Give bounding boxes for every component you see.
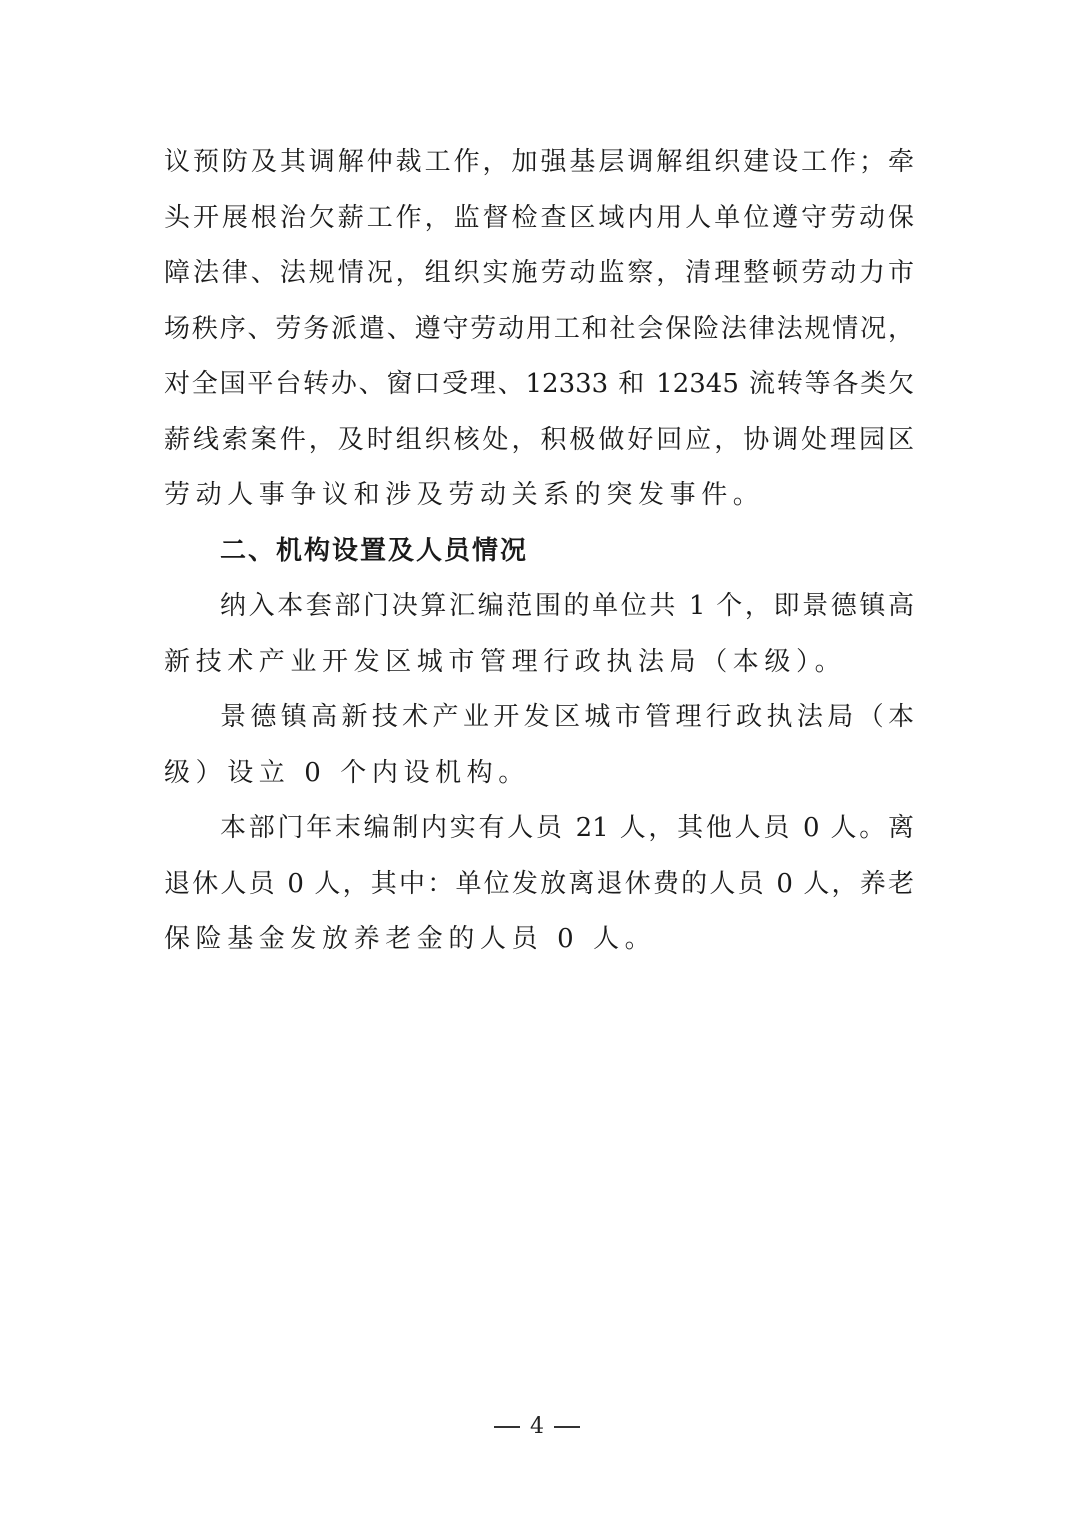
document-page: 议预防及其调解仲裁工作，加强基层调解组织建设工作；牵 头开展根治欠薪工作，监督检…: [0, 0, 1074, 1520]
section-heading: 二、机构设置及人员情况: [164, 524, 914, 580]
paragraph-line: 保险基金发放养老金的人员 0 人。: [164, 912, 914, 968]
dash-right: [554, 1426, 580, 1428]
body-text-line: 场秩序、劳务派遣、遵守劳动用工和社会保险法律法规情况，: [164, 302, 914, 358]
body-text-line: 对全国平台转办、窗口受理、12333 和 12345 流转等各类欠: [164, 357, 914, 413]
paragraph-line: 景德镇高新技术产业开发区城市管理行政执法局（本: [164, 690, 914, 746]
paragraph-line: 本部门年末编制内实有人员 21 人，其他人员 0 人。离: [164, 801, 914, 857]
body-text-line: 薪线索案件，及时组织核处，积极做好回应，协调处理园区: [164, 413, 914, 469]
paragraph-line: 级）设立 0 个内设机构。: [164, 746, 914, 802]
body-text-line: 议预防及其调解仲裁工作，加强基层调解组织建设工作；牵: [164, 135, 914, 191]
dash-left: [494, 1426, 520, 1428]
page-number-value: 4: [530, 1414, 544, 1439]
paragraph-line: 退休人员 0 人，其中：单位发放离退休费的人员 0 人，养老: [164, 857, 914, 913]
paragraph-line: 新技术产业开发区城市管理行政执法局（本级）。: [164, 635, 914, 691]
page-number: 4: [0, 1412, 1074, 1442]
body-text-line: 头开展根治欠薪工作，监督检查区域内用人单位遵守劳动保: [164, 191, 914, 247]
body-text-line: 障法律、法规情况，组织实施劳动监察，清理整顿劳动力市: [164, 246, 914, 302]
paragraph-line: 纳入本套部门决算汇编范围的单位共 1 个，即景德镇高: [164, 579, 914, 635]
document-body: 议预防及其调解仲裁工作，加强基层调解组织建设工作；牵 头开展根治欠薪工作，监督检…: [164, 135, 914, 968]
body-text-line: 劳动人事争议和涉及劳动关系的突发事件。: [164, 468, 914, 524]
